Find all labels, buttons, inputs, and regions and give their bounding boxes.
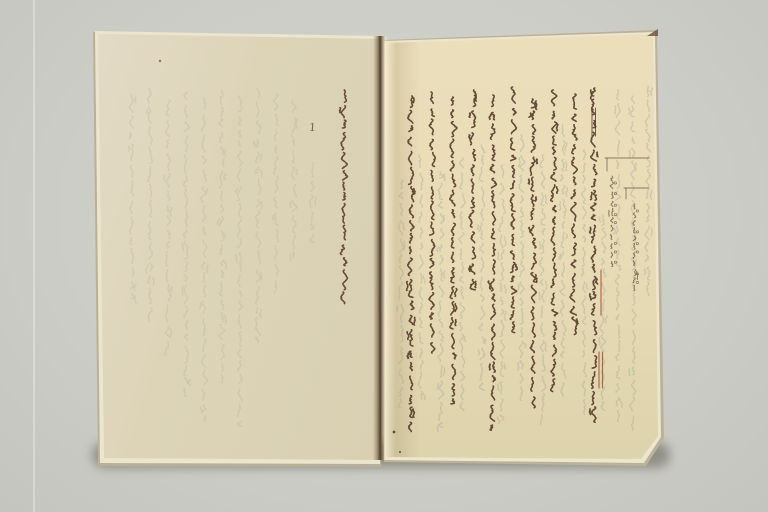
annotation-circle-mark [636, 231, 638, 233]
ghost-text-column [397, 180, 405, 408]
annotation-circle-mark [614, 261, 616, 263]
annotation-circle-mark [636, 251, 638, 253]
ghost-text-column [644, 86, 652, 296]
ghost-text-column [478, 145, 486, 390]
ghost-text-column [129, 95, 137, 304]
ghost-text-column [182, 92, 190, 397]
ghost-text-column [581, 150, 588, 415]
annotation-circle-mark [614, 242, 616, 244]
ghost-text-column [290, 100, 298, 260]
annotation-circle-mark [614, 204, 616, 206]
ink-speck [399, 451, 401, 453]
ghost-text-column [272, 94, 279, 293]
ink-speck [393, 431, 396, 434]
ghost-text-column [164, 100, 172, 355]
red-speck [159, 60, 161, 62]
ghost-text-column [200, 98, 208, 422]
handwritten-text-column [339, 90, 347, 304]
ghost-text-column [437, 172, 445, 431]
ghost-text-column [614, 90, 622, 422]
annotation-circle-mark [614, 182, 616, 184]
ghost-text-column [418, 155, 425, 400]
page-number-mark: 1 [309, 122, 317, 133]
ghost-text-column [629, 96, 637, 430]
handwritten-text-column [429, 92, 435, 353]
handwriting-layer [0, 0, 768, 512]
handwritten-text-column [570, 94, 578, 335]
annotation-circle-mark [636, 210, 638, 212]
handwritten-text-column [528, 99, 537, 408]
ghost-text-column [254, 88, 263, 342]
handwritten-text-column [510, 87, 517, 333]
ghost-text-column [146, 88, 154, 322]
handwritten-text-column [450, 97, 457, 404]
ghost-text-column [518, 135, 526, 400]
ghost-text-column [599, 215, 607, 410]
handwritten-text-column [551, 90, 558, 392]
handwritten-text-column [407, 96, 416, 432]
annotation-circle-mark [636, 281, 638, 283]
manuscript-photo: 1 [0, 0, 768, 512]
ghost-text-column [236, 96, 243, 426]
ghost-text-column [498, 165, 507, 424]
annotation-circle-mark [636, 243, 638, 245]
ghost-text-column [539, 155, 547, 424]
handwritten-text-column [488, 95, 496, 430]
handwritten-text-column [469, 90, 476, 290]
annotation-circle-mark [614, 251, 616, 253]
ghost-text-column [217, 90, 226, 383]
annotation-circle-mark [614, 222, 616, 224]
ghost-text-column [559, 125, 567, 396]
ghost-text-column [459, 158, 466, 411]
annotation-circle-mark [614, 213, 616, 215]
ghost-text-column [309, 162, 316, 243]
annotation-mini-column [609, 176, 614, 267]
handwritten-text-column [589, 88, 597, 422]
